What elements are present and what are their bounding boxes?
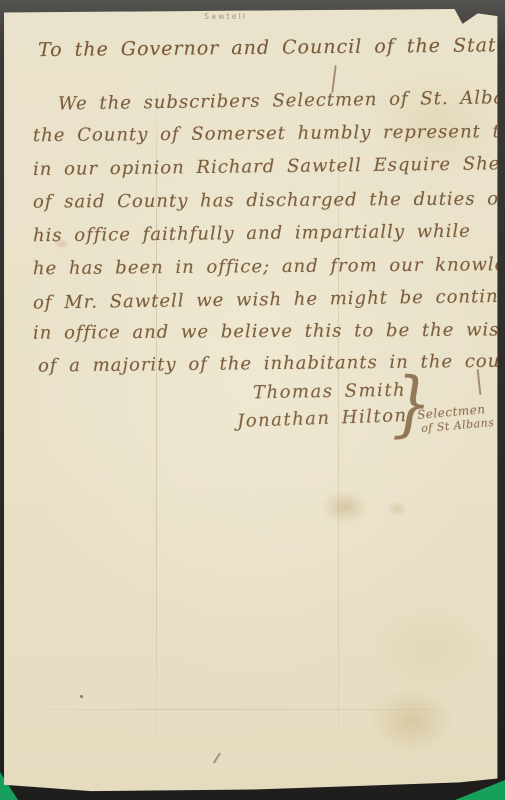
body-line: of said County has discharged the duties… — [33, 188, 505, 212]
pencil-annotation: Sawtell — [204, 12, 247, 21]
signature-name: Jonathan Hilton — [237, 405, 408, 432]
photo-corner-bottom-right — [455, 780, 505, 800]
body-line: of a majority of the inhabitants in the … — [38, 350, 505, 376]
fold-crease-horizontal — [10, 709, 490, 710]
signature-name: Thomas Smith — [253, 380, 407, 404]
manuscript-paper: Sawtell To the Governor and Council of t… — [0, 9, 505, 795]
body-line: his office faithfully and impartially wh… — [33, 221, 471, 247]
body-line: in our opinion Richard Sawtell Esquire S… — [33, 153, 505, 180]
stray-ink-mark — [213, 752, 221, 763]
salutation-line: To the Governor and Council of the State… — [38, 33, 505, 61]
ink-flourish — [477, 369, 482, 395]
body-line: We the subscribers Selectmen of St. Alba… — [58, 87, 505, 115]
paper-speck — [239, 49, 241, 51]
scan-background: Sawtell To the Governor and Council of t… — [0, 0, 505, 800]
body-line: in office and we believe this to be the … — [33, 319, 505, 343]
paper-speck — [80, 695, 83, 698]
body-line: he has been in office; and from our know… — [33, 254, 505, 279]
body-line: of Mr. Sawtell we wish he might be conti… — [33, 285, 505, 313]
body-line: the County of Somerset humbly represent … — [33, 121, 505, 146]
